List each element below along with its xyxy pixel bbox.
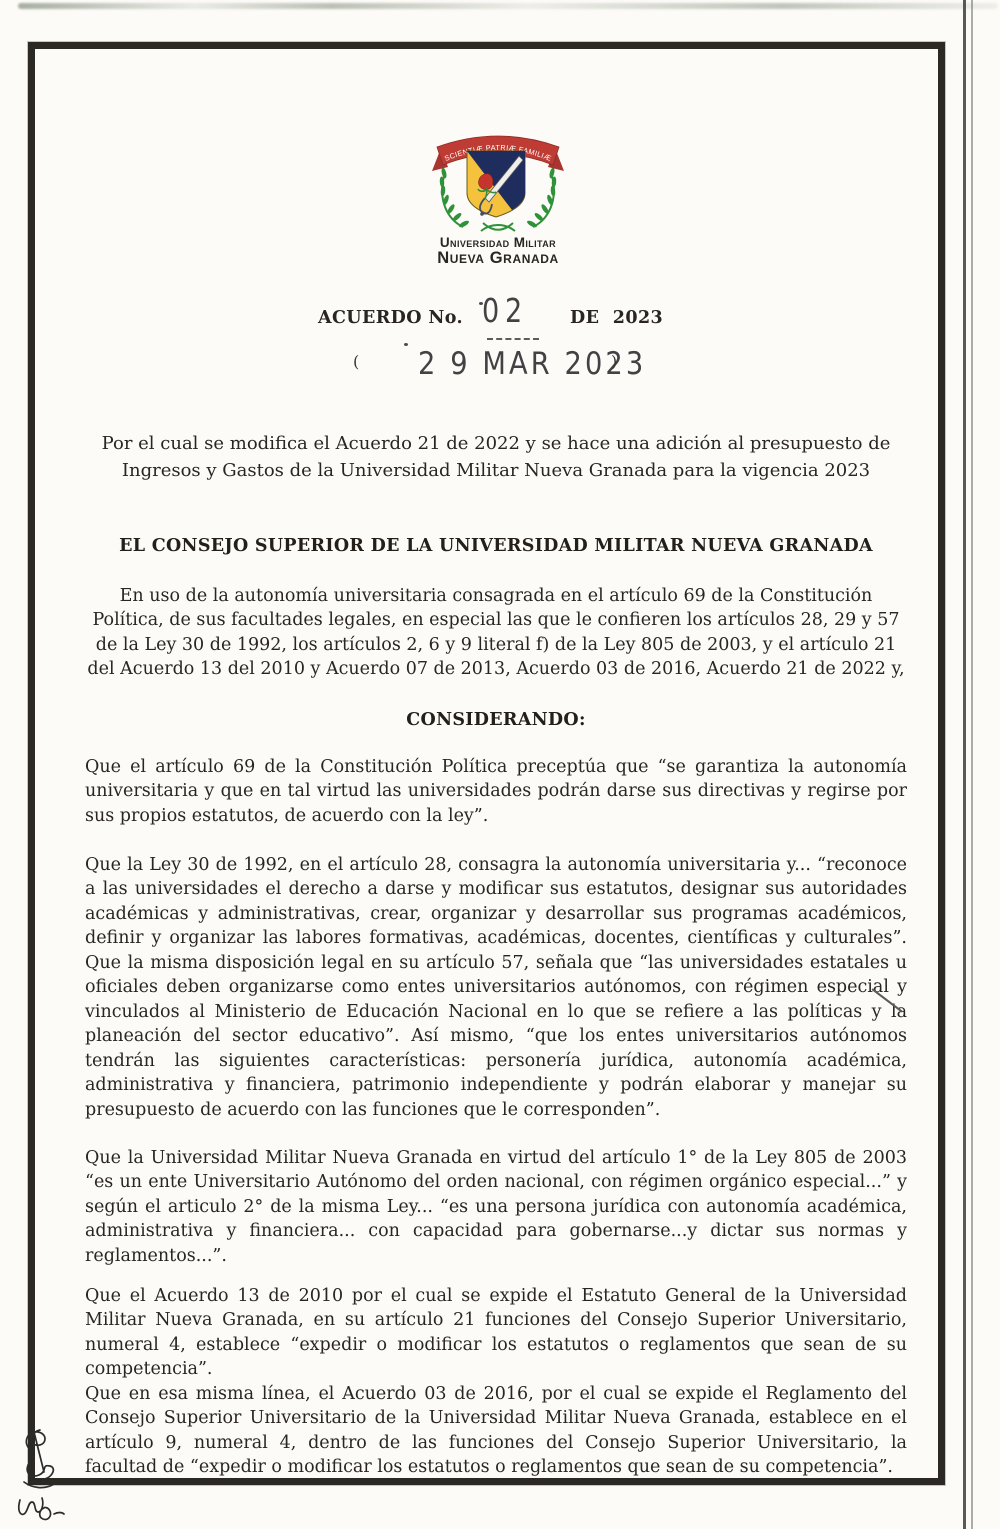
scan-smudge-artifact	[18, 3, 998, 9]
open-paren: (	[353, 352, 359, 371]
considerando-heading: CONSIDERANDO:	[85, 710, 907, 730]
stamp-underline-dashes	[487, 338, 539, 340]
subject-paragraph: Por el cual se modifica el Acuerdo 21 de…	[85, 430, 907, 484]
recital-paragraph: Que el Acuerdo 13 de 2010 por el cual se…	[85, 1284, 907, 1382]
close-paren: )	[611, 352, 617, 371]
paper-edge-line	[963, 0, 966, 1529]
recital-paragraph: Que la Universidad Militar Nueva Granada…	[85, 1146, 907, 1269]
ink-dot-artifact	[404, 343, 408, 346]
recital-paragraph: Que el artículo 69 de la Constitución Po…	[85, 755, 907, 829]
handwritten-paraph	[10, 1426, 72, 1498]
issuer-heading: EL CONSEJO SUPERIOR DE LA UNIVERSIDAD MI…	[85, 536, 907, 556]
acuerdo-label: ACUERDO No.	[318, 308, 463, 328]
preamble-paragraph: En uso de la autonomía universitaria con…	[85, 584, 907, 682]
university-logo: SCIENTIÆ PATRIÆ FAMILIÆ Uni	[418, 124, 578, 267]
university-crest-icon: SCIENTIÆ PATRIÆ FAMILIÆ	[423, 124, 573, 234]
university-name-line2: Nueva Granada	[418, 250, 578, 267]
handwritten-initial	[14, 1492, 66, 1526]
shield	[467, 151, 525, 217]
university-name-line1: Universidad Militar	[418, 235, 578, 250]
scanned-document-page: SCIENTIÆ PATRIÆ FAMILIÆ Uni	[0, 0, 1000, 1529]
recital-paragraph: Que la Ley 30 de 1992, en el artículo 28…	[85, 853, 907, 1123]
year-label: DE 2023	[570, 308, 663, 328]
ink-dot-artifact	[479, 302, 483, 305]
paper-edge-line	[971, 0, 973, 1529]
acuerdo-number-stamp: 02	[482, 291, 528, 330]
recital-paragraph: Que en esa misma línea, el Acuerdo 03 de…	[85, 1382, 907, 1480]
